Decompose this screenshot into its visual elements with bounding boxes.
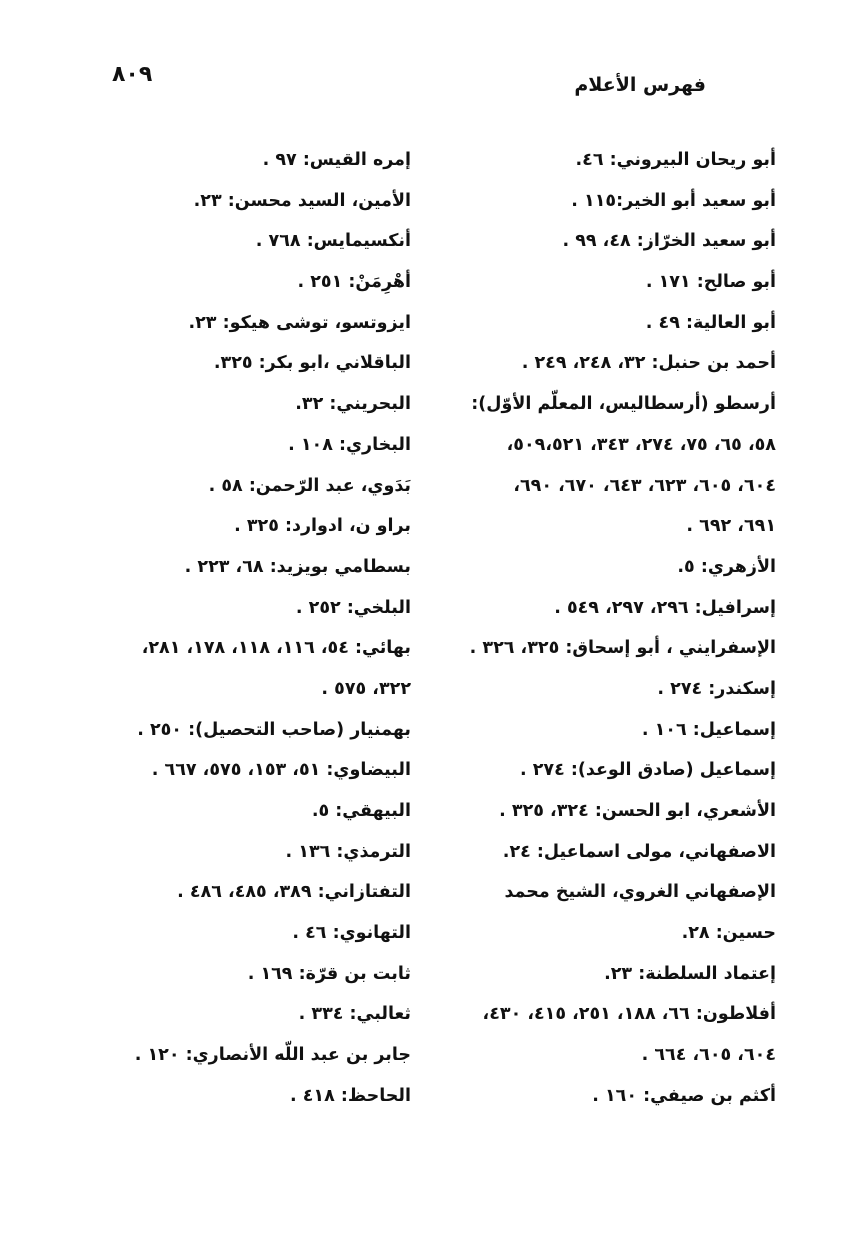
entry-name: بهائي: (355, 638, 411, 658)
index-entry: إسماعيل: ١٠٦ . (431, 710, 776, 751)
entry-pages: ٧٦٨ . (256, 231, 307, 251)
index-entry: البلخي: ٢٥٢ . (81, 588, 411, 629)
index-entry: البيضاوي: ٥١، ١٥٣، ٥٧٥، ٦٦٧ . (81, 750, 411, 791)
index-entry: أنكسيمايس: ٧٦٨ . (81, 221, 411, 262)
entry-name: أكثم بن صيفي: (643, 1086, 776, 1106)
index-entry: أرسطو (أرسطاليس، المعلّم الأوّل): (431, 384, 776, 425)
entry-pages: ٦٠٤، ٦٠٥، ٦٢٣، ٦٤٣، ٦٧٠، ٦٩٠، (513, 476, 776, 496)
entry-name: حسين: (716, 923, 776, 943)
index-entry: ثابت بن قرّة: ١٦٩ . (81, 954, 411, 995)
entry-pages: ٥٨، ٦٥، ٧٥، ٢٧٤، ٣٤٣، ٥٠٩،٥٢١، (507, 435, 776, 455)
index-entry: إمره القيس: ٩٧ . (81, 140, 411, 181)
entry-pages: ٤٩ . (646, 313, 686, 333)
entry-name: إسماعيل (صادق الوعد): (571, 760, 776, 780)
index-column-right: أبو ريحان البيروني: ٤٦. أبو سعيد أبو الخ… (431, 140, 776, 1117)
index-entry: التهانوي: ٤٦ . (81, 913, 411, 954)
entry-name: الأزهري: (701, 557, 776, 577)
entry-name: ايزوتسو، توشى هيكو: (223, 313, 411, 333)
entry-pages: ٢٣. (194, 191, 228, 211)
entry-pages: ٦٦، ١٨٨، ٢٥١، ٤١٥، ٤٣٠، (483, 1004, 696, 1024)
entry-name: أبو صالح: (697, 272, 776, 292)
index-entry: بهائي: ٥٤، ١١٦، ١١٨، ١٧٨، ٢٨١، (81, 628, 411, 669)
entry-pages: ٣٨٩، ٤٨٥، ٤٨٦ . (177, 882, 317, 902)
entry-name: الإصفهاني الغروي، الشيخ محمد (504, 882, 776, 902)
entry-name: البيهقي: (335, 801, 411, 821)
entry-name: أنكسيمايس: (307, 231, 411, 251)
entry-name: ثعالبي: (350, 1004, 411, 1024)
index-column-left: إمره القيس: ٩٧ . الأمين، السيد محسن: ٢٣.… (81, 140, 411, 1117)
index-entry: الحاحظ: ٤١٨ . (81, 1076, 411, 1117)
entry-pages: ٢٨. (682, 923, 716, 943)
entry-name: الأمين، السيد محسن: (228, 191, 411, 211)
index-entry: الإسفرايني ، أبو إسحاق: ٣٢٥، ٣٢٦ . (431, 628, 776, 669)
index-entry: الأزهري: ٥. (431, 547, 776, 588)
entry-name: الإسفرايني ، أبو إسحاق: (565, 638, 776, 658)
index-entry-continuation: حسين: ٢٨. (431, 913, 776, 954)
entry-name: إعتماد السلطنة: (638, 964, 776, 984)
index-entry: الأمين، السيد محسن: ٢٣. (81, 181, 411, 222)
index-entry: الباقلاني ،ابو بكر: ٣٢٥. (81, 343, 411, 384)
entry-pages: ٥٤، ١١٦، ١١٨، ١٧٨، ٢٨١، (142, 638, 355, 658)
entry-name: أبو سعيد الخرّاز: (637, 231, 776, 251)
entry-pages: ١٠٨ . (288, 435, 339, 455)
entry-pages: ٣٢٥. (214, 353, 259, 373)
entry-name: أبو ريحان البيروني: (610, 150, 776, 170)
entry-pages: ١٢٠ . (135, 1045, 186, 1065)
entry-pages: ٣٢٥، ٣٢٦ . (470, 638, 566, 658)
index-entry: التفتازاني: ٣٨٩، ٤٨٥، ٤٨٦ . (81, 872, 411, 913)
entry-pages: ٤٦ . (292, 923, 332, 943)
page-title: فهرس الأعلام (574, 74, 706, 96)
entry-name: بَدَوي، عبد الرّحمن: (249, 476, 411, 496)
entry-name: الحاحظ: (341, 1086, 411, 1106)
entry-name: إسكندر: (708, 679, 776, 699)
index-entry: الترمذي: ١٣٦ . (81, 832, 411, 873)
index-entry: ايزوتسو، توشى هيكو: ٢٣. (81, 303, 411, 344)
entry-name: الترمذي: (336, 842, 411, 862)
index-entry: جابر بن عبد اللّه الأنصاري: ١٢٠ . (81, 1035, 411, 1076)
index-entry: البيهقي: ٥. (81, 791, 411, 832)
index-entry: أبو العالية: ٤٩ . (431, 303, 776, 344)
index-entry: أهْرِمَنْ: ٢٥١ . (81, 262, 411, 303)
entry-name: بهمنيار (صاحب التحصيل): (188, 720, 411, 740)
entry-pages: ٢٤. (503, 842, 537, 862)
index-entry: إسكندر: ٢٧٤ . (431, 669, 776, 710)
page-number: ٨٠٩ (112, 62, 152, 87)
index-entry: أحمد بن حنبل: ٣٢، ٢٤٨، ٢٤٩ . (431, 343, 776, 384)
entry-pages: ٢٥٢ . (296, 598, 347, 618)
index-entry: بسطامي بويزيد: ٦٨، ٢٢٣ . (81, 547, 411, 588)
entry-name: التهانوي: (333, 923, 411, 943)
entry-pages: ٣٢٤، ٣٢٥ . (499, 801, 595, 821)
entry-name: بسطامي بويزيد: (270, 557, 411, 577)
entry-pages: ٢٧٤ . (657, 679, 708, 699)
entry-pages: ٣٢. (295, 394, 329, 414)
index-entry: البخاري: ١٠٨ . (81, 425, 411, 466)
entry-pages: ٤٦. (575, 150, 609, 170)
index-entry: ثعالبي: ٣٣٤ . (81, 994, 411, 1035)
index-entry: أفلاطون: ٦٦، ١٨٨، ٢٥١، ٤١٥، ٤٣٠، (431, 994, 776, 1035)
index-entry-continuation: ٦٠٤، ٦٠٥، ٦٢٣، ٦٤٣، ٦٧٠، ٦٩٠، (431, 466, 776, 507)
entry-pages: ٥٨ . (209, 476, 249, 496)
index-entry-continuation: ٦٩١، ٦٩٢ . (431, 506, 776, 547)
entry-pages: ٦٩١، ٦٩٢ . (686, 516, 776, 536)
index-entry: أكثم بن صيفي: ١٦٠ . (431, 1076, 776, 1117)
entry-name: أحمد بن حنبل: (652, 353, 776, 373)
entry-pages: ٢٩٦، ٢٩٧، ٥٤٩ . (554, 598, 694, 618)
entry-name: إسماعيل: (693, 720, 776, 740)
entry-pages: ٢٧٤ . (520, 760, 571, 780)
entry-pages: ٢٣. (604, 964, 638, 984)
entry-name: ثابت بن قرّة: (299, 964, 411, 984)
entry-name: البيضاوي: (326, 760, 411, 780)
entry-pages: ٤١٨ . (290, 1086, 341, 1106)
entry-pages: ٦٨، ٢٢٣ . (185, 557, 270, 577)
entry-name: البحريني: (329, 394, 411, 414)
entry-pages: ٥١، ١٥٣، ٥٧٥، ٦٦٧ . (152, 760, 327, 780)
index-entry: أبو سعيد الخرّاز: ٤٨، ٩٩ . (431, 221, 776, 262)
entry-pages: ٣٢٢، ٥٧٥ . (321, 679, 411, 699)
index-entry: براو ن، ادوارد: ٣٢٥ . (81, 506, 411, 547)
index-entry: إعتماد السلطنة: ٢٣. (431, 954, 776, 995)
entry-name: إسرافيل: (695, 598, 776, 618)
entry-name: أفلاطون: (696, 1004, 776, 1024)
entry-pages: ٢٣. (188, 313, 222, 333)
index-entry: إسرافيل: ٢٩٦، ٢٩٧، ٥٤٩ . (431, 588, 776, 629)
index-entry: الاصفهاني، مولى اسماعيل: ٢٤. (431, 832, 776, 873)
entry-name: التفتازاني: (318, 882, 411, 902)
index-entry: أبو سعيد أبو الخير:١١٥ . (431, 181, 776, 222)
entry-pages: ١٧١ . (646, 272, 697, 292)
index-entry: البحريني: ٣٢. (81, 384, 411, 425)
entry-name: أبو سعيد أبو الخير: (616, 191, 776, 211)
entry-name: براو ن، ادوارد: (285, 516, 411, 536)
entry-pages: ١٣٦ . (286, 842, 337, 862)
entry-name: إمره القيس: (303, 150, 411, 170)
entry-pages: ٩٧ . (263, 150, 303, 170)
entry-name: جابر بن عبد اللّه الأنصاري: (186, 1045, 411, 1065)
entry-name: البلخي: (347, 598, 411, 618)
entry-pages: ٥. (312, 801, 335, 821)
entry-pages: ٣٣٤ . (299, 1004, 350, 1024)
entry-pages: ٣٢٥ . (234, 516, 285, 536)
entry-pages: ٤٨، ٩٩ . (562, 231, 636, 251)
entry-pages: ٣٢، ٢٤٨، ٢٤٩ . (522, 353, 652, 373)
index-entry-continuation: ٥٨، ٦٥، ٧٥، ٢٧٤، ٣٤٣، ٥٠٩،٥٢١، (431, 425, 776, 466)
entry-pages: ١٦٠ . (592, 1086, 643, 1106)
entry-pages: ١٠٦ . (642, 720, 693, 740)
entry-pages: ٢٥٠ . (137, 720, 188, 740)
index-entry: بَدَوي، عبد الرّحمن: ٥٨ . (81, 466, 411, 507)
entry-name: أبو العالية: (686, 313, 776, 333)
index-entry: الإصفهاني الغروي، الشيخ محمد (431, 872, 776, 913)
entry-name: أرسطو (أرسطاليس، المعلّم الأوّل): (471, 394, 776, 414)
entry-pages: ٦٠٤، ٦٠٥، ٦٦٤ . (642, 1045, 776, 1065)
index-entry-continuation: ٣٢٢، ٥٧٥ . (81, 669, 411, 710)
index-entry: بهمنيار (صاحب التحصيل): ٢٥٠ . (81, 710, 411, 751)
entry-pages: ١٦٩ . (248, 964, 299, 984)
index-entry: أبو ريحان البيروني: ٤٦. (431, 140, 776, 181)
entry-name: الاصفهاني، مولى اسماعيل: (537, 842, 776, 862)
index-entry: إسماعيل (صادق الوعد): ٢٧٤ . (431, 750, 776, 791)
entry-name: الأشعري، ابو الحسن: (595, 801, 776, 821)
index-entry: أبو صالح: ١٧١ . (431, 262, 776, 303)
entry-name: البخاري: (339, 435, 411, 455)
entry-pages: ٢٥١ . (298, 272, 349, 292)
entry-name: أهْرِمَنْ: (348, 272, 411, 292)
entry-pages: ١١٥ . (571, 191, 616, 211)
entry-name: الباقلاني ،ابو بكر: (259, 353, 411, 373)
index-entry-continuation: ٦٠٤، ٦٠٥، ٦٦٤ . (431, 1035, 776, 1076)
entry-pages: ٥. (677, 557, 700, 577)
index-entry: الأشعري، ابو الحسن: ٣٢٤، ٣٢٥ . (431, 791, 776, 832)
